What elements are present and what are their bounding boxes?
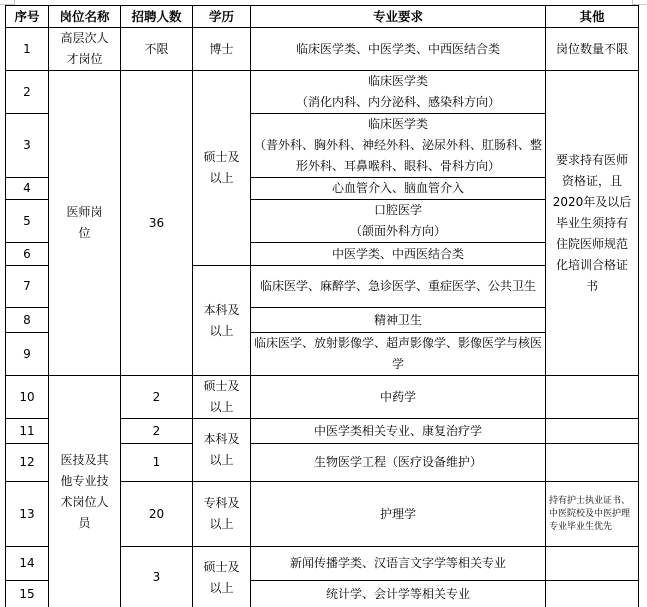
cell-major: 临床医学类 （普外科、胸外科、神经外科、泌尿外科、肛肠科、整形外科、耳鼻喉科、眼… — [251, 114, 546, 178]
cell-major: 心血管介入、脑血管介入 — [251, 178, 546, 200]
cell-no: 2 — [6, 71, 49, 114]
cell-no: 10 — [6, 376, 49, 419]
table-row: 2 医师岗位 36 硕士及以上 临床医学类 （消化内科、内分泌科、感染科方向） … — [6, 71, 639, 114]
cell-count: 20 — [121, 482, 193, 547]
cell-major: 中医学类相关专业、康复治疗学 — [251, 419, 546, 444]
major-title: 临床医学类 — [253, 114, 543, 135]
table-row: 1 高层次人才岗位 不限 博士 临床医学类、中医学类、中西医结合类 岗位数量不限 — [6, 28, 639, 71]
header-education: 学历 — [193, 6, 251, 28]
cell-other — [546, 444, 639, 482]
cell-no: 4 — [6, 178, 49, 200]
cell-other — [546, 547, 639, 581]
header-position: 岗位名称 — [49, 6, 121, 28]
major-title: 口腔医学 — [253, 200, 543, 221]
cell-count: 不限 — [121, 28, 193, 71]
cell-no: 8 — [6, 308, 49, 333]
cell-no: 14 — [6, 547, 49, 581]
cell-major: 临床医学类 （消化内科、内分泌科、感染科方向） — [251, 71, 546, 114]
header-major: 专业要求 — [251, 6, 546, 28]
cell-education-bachelor: 本科及以上 — [193, 266, 251, 376]
cell-no: 13 — [6, 482, 49, 547]
cell-education: 硕士及以上 — [193, 376, 251, 419]
cell-count: 2 — [121, 376, 193, 419]
cell-education: 专科及以上 — [193, 482, 251, 547]
major-detail: （消化内科、内分泌科、感染科方向） — [253, 92, 543, 113]
table-row: 10 医技及其他专业技术岗位人员 2 硕士及以上 中药学 — [6, 376, 639, 419]
cell-major: 临床医学、麻醉学、急诊医学、重症医学、公共卫生 — [251, 266, 546, 308]
cell-no: 12 — [6, 444, 49, 482]
cell-major: 新闻传播学类、汉语言文字学等相关专业 — [251, 547, 546, 581]
cell-count: 1 — [121, 444, 193, 482]
major-detail: （颌面外科方向） — [253, 221, 543, 242]
cell-count-doctor: 36 — [121, 71, 193, 376]
header-row: 序号 岗位名称 招聘人数 学历 专业要求 其他 — [6, 6, 639, 28]
cell-no: 5 — [6, 200, 49, 243]
cell-other: 岗位数量不限 — [546, 28, 639, 71]
cell-education-master: 硕士及以上 — [193, 71, 251, 266]
cell-no: 6 — [6, 243, 49, 266]
cell-education-14-15: 硕士及以上 — [193, 547, 251, 607]
cell-major: 口腔医学 （颌面外科方向） — [251, 200, 546, 243]
cell-no: 9 — [6, 333, 49, 376]
cell-position: 高层次人才岗位 — [49, 28, 121, 71]
cell-major: 精神卫生 — [251, 308, 546, 333]
cell-no: 3 — [6, 114, 49, 178]
cell-position-tech: 医技及其他专业技术岗位人员 — [49, 376, 121, 607]
cell-count-14-15: 3 — [121, 547, 193, 607]
cell-major: 中药学 — [251, 376, 546, 419]
cell-major: 护理学 — [251, 482, 546, 547]
cell-no: 1 — [6, 28, 49, 71]
cell-no: 11 — [6, 419, 49, 444]
cell-major: 临床医学类、中医学类、中西医结合类 — [251, 28, 546, 71]
cell-count: 2 — [121, 419, 193, 444]
cell-no: 7 — [6, 266, 49, 308]
header-count: 招聘人数 — [121, 6, 193, 28]
cell-major: 生物医学工程（医疗设备维护） — [251, 444, 546, 482]
cell-education-bachelor-tech: 本科及以上 — [193, 419, 251, 482]
cell-other — [546, 419, 639, 444]
cell-other-nurse: 持有护士执业证书、中医院校及中医护理专业毕业生优先 — [546, 482, 639, 547]
major-title: 临床医学类 — [253, 71, 543, 92]
cell-position-doctor: 医师岗位 — [49, 71, 121, 376]
header-no: 序号 — [6, 6, 49, 28]
cell-major: 统计学、会计学等相关专业 — [251, 581, 546, 607]
cell-other — [546, 376, 639, 419]
cell-major: 临床医学、放射影像学、超声影像学、影像医学与核医学 — [251, 333, 546, 376]
recruitment-table: 序号 岗位名称 招聘人数 学历 专业要求 其他 1 高层次人才岗位 不限 博士 … — [5, 5, 639, 607]
cell-no: 15 — [6, 581, 49, 607]
cell-education: 博士 — [193, 28, 251, 71]
cell-major: 中医学类、中西医结合类 — [251, 243, 546, 266]
major-detail: （普外科、胸外科、神经外科、泌尿外科、肛肠科、整形外科、耳鼻喉科、眼科、骨科方向… — [253, 135, 543, 177]
header-other: 其他 — [546, 6, 639, 28]
cell-other — [546, 581, 639, 607]
cell-other-doctor: 要求持有医师资格证，且2020年及以后毕业生须持有住院医师规范化培训合格证书 — [546, 71, 639, 376]
